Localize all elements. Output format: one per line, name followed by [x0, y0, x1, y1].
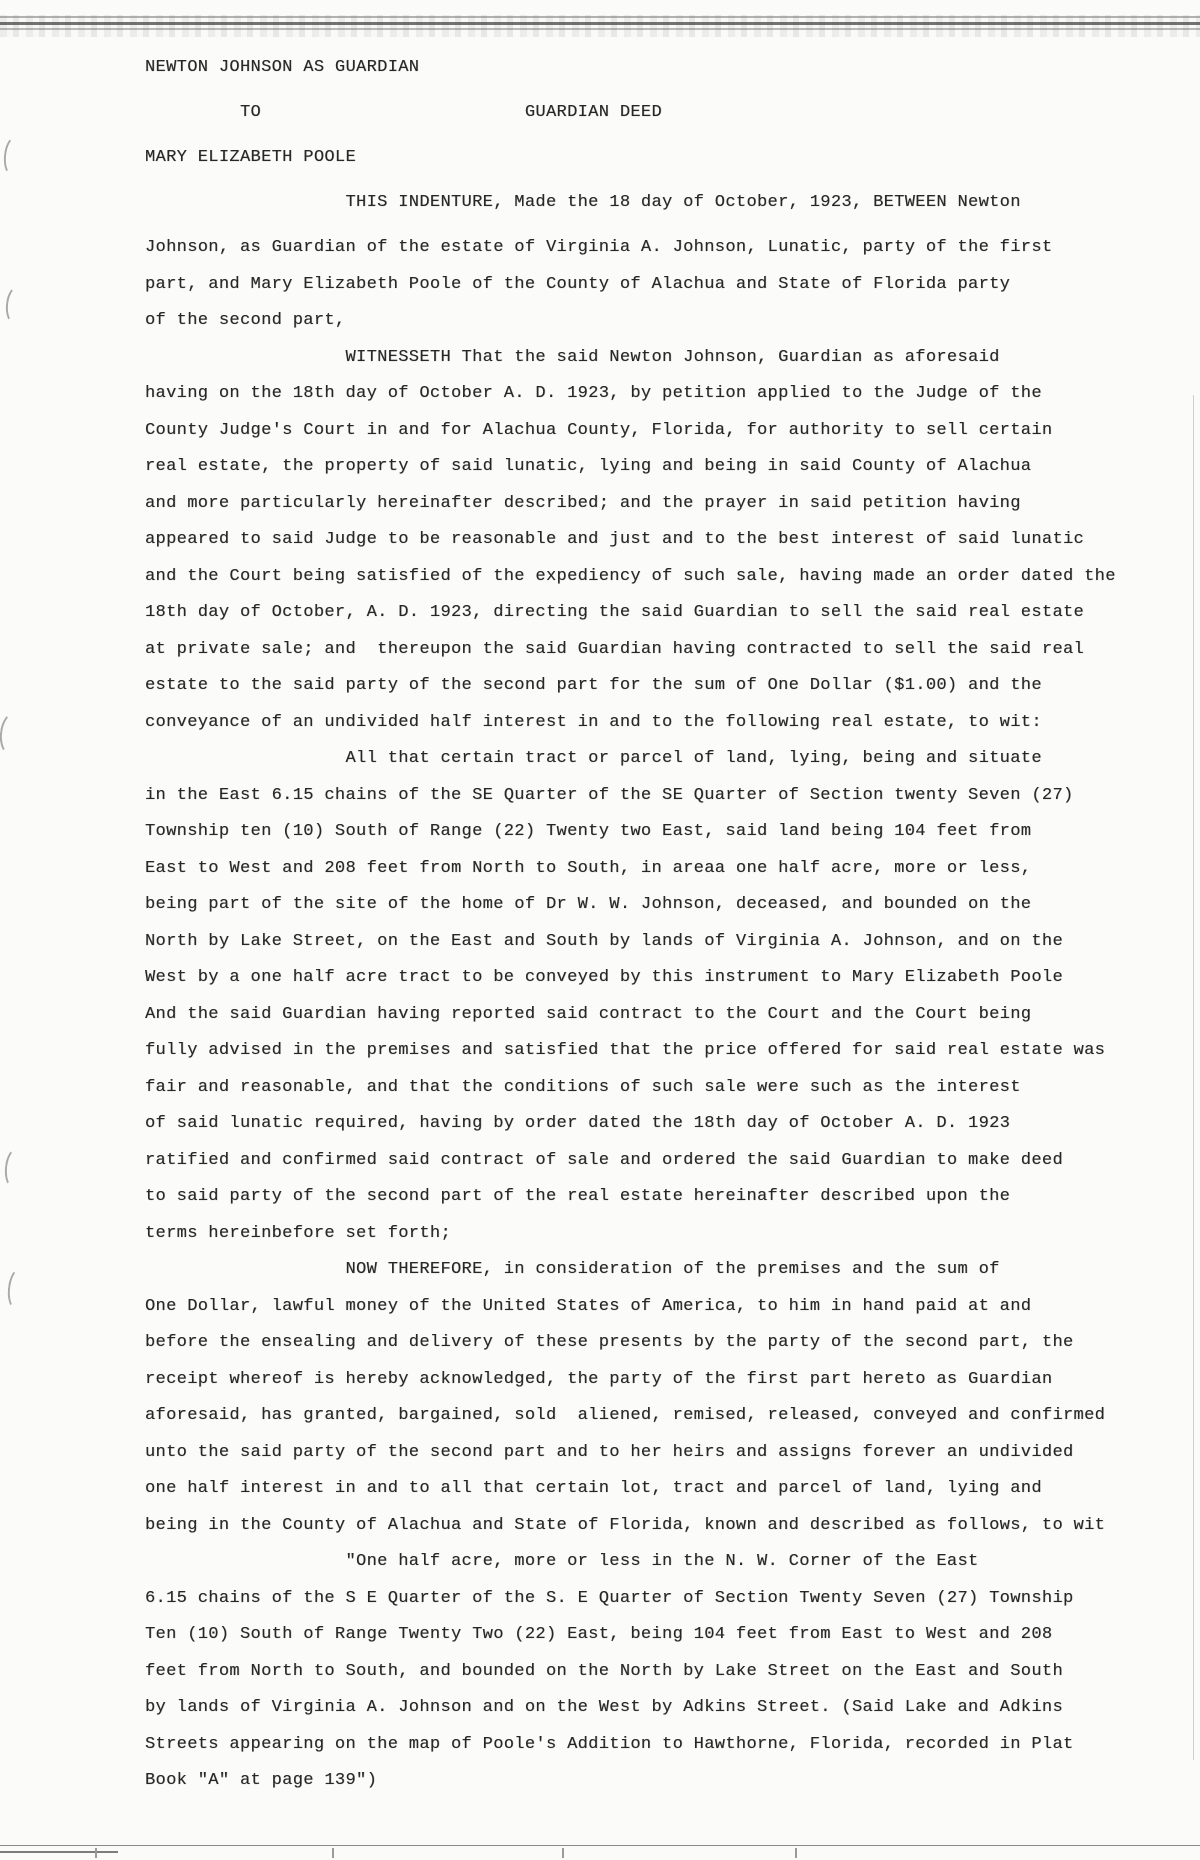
top-scan-artifact — [0, 13, 1200, 39]
document-line: Ten (10) South of Range Twenty Two (22) … — [145, 1617, 1116, 1654]
document-line: Johnson, as Guardian of the estate of Vi… — [145, 230, 1116, 267]
document-line: before the ensealing and delivery of the… — [145, 1325, 1116, 1362]
document-line: being part of the site of the home of Dr… — [145, 887, 1116, 924]
document-line: Streets appearing on the map of Poole's … — [145, 1727, 1116, 1764]
bottom-edge-tick — [332, 1848, 334, 1858]
document-line: estate to the said party of the second p… — [145, 668, 1116, 705]
document-line: unto the said party of the second part a… — [145, 1435, 1116, 1472]
document-line: 18th day of October, A. D. 1923, directi… — [145, 595, 1116, 632]
margin-pen-mark — [4, 285, 28, 325]
document-line: East to West and 208 feet from North to … — [145, 851, 1116, 888]
document-line: And the said Guardian having reported sa… — [145, 997, 1116, 1034]
scan-streak — [0, 22, 1200, 25]
document-line: TO GUARDIAN DEED — [145, 95, 1116, 132]
bottom-edge-tick — [562, 1848, 564, 1858]
bottom-edge-tick — [95, 1848, 97, 1858]
bottom-page-edge-line — [0, 1851, 118, 1853]
margin-pen-mark — [0, 711, 28, 757]
document-line: County Judge's Court in and for Alachua … — [145, 413, 1116, 450]
document-line: conveyance of an undivided half interest… — [145, 705, 1116, 742]
document-line: at private sale; and thereupon the said … — [145, 632, 1116, 669]
document-line: THIS INDENTURE, Made the 18 day of Octob… — [145, 185, 1116, 222]
document-line: of the second part, — [145, 303, 1116, 340]
document-line: being in the County of Alachua and State… — [145, 1508, 1116, 1545]
document-line: Township ten (10) South of Range (22) Tw… — [145, 814, 1116, 851]
document-line: NOW THEREFORE, in consideration of the p… — [145, 1252, 1116, 1289]
document-body: NEWTON JOHNSON AS GUARDIAN TO GUARDIAN D… — [145, 50, 1116, 1800]
document-line: West by a one half acre tract to be conv… — [145, 960, 1116, 997]
margin-pen-mark — [3, 1147, 27, 1189]
document-line: real estate, the property of said lunati… — [145, 449, 1116, 486]
document-line: feet from North to South, and bounded on… — [145, 1654, 1116, 1691]
document-line: to said party of the second part of the … — [145, 1179, 1116, 1216]
document-line: 6.15 chains of the S E Quarter of the S.… — [145, 1581, 1116, 1618]
document-line: Book "A" at page 139") — [145, 1763, 1116, 1800]
document-line: of said lunatic required, having by orde… — [145, 1106, 1116, 1143]
document-line: aforesaid, has granted, bargained, sold … — [145, 1398, 1116, 1435]
document-line: and more particularly hereinafter descri… — [145, 486, 1116, 523]
document-line: fair and reasonable, and that the condit… — [145, 1070, 1116, 1107]
document-line: One Dollar, lawful money of the United S… — [145, 1289, 1116, 1326]
document-line: one half interest in and to all that cer… — [145, 1471, 1116, 1508]
document-line: WITNESSETH That the said Newton Johnson,… — [145, 340, 1116, 377]
document-line: appeared to said Judge to be reasonable … — [145, 522, 1116, 559]
scan-streak — [0, 16, 1200, 18]
document-line: receipt whereof is hereby acknowledged, … — [145, 1362, 1116, 1399]
document-line: in the East 6.15 chains of the SE Quarte… — [145, 778, 1116, 815]
document-line: All that certain tract or parcel of land… — [145, 741, 1116, 778]
document-line: North by Lake Street, on the East and So… — [145, 924, 1116, 961]
scan-noise-band — [0, 15, 1200, 37]
document-line: "One half acre, more or less in the N. W… — [145, 1544, 1116, 1581]
margin-pen-mark — [2, 135, 26, 177]
document-line: part, and Mary Elizabeth Poole of the Co… — [145, 267, 1116, 304]
scanned-deed-page: { "document": { "kind": "typewritten gua… — [0, 0, 1200, 1860]
bottom-edge-tick — [795, 1848, 797, 1858]
right-scan-crease — [1193, 395, 1194, 1760]
document-line: MARY ELIZABETH POOLE — [145, 140, 1116, 177]
document-line: NEWTON JOHNSON AS GUARDIAN — [145, 50, 1116, 87]
margin-pen-mark — [6, 1267, 30, 1311]
document-line: fully advised in the premises and satisf… — [145, 1033, 1116, 1070]
document-line: ratified and confirmed said contract of … — [145, 1143, 1116, 1180]
document-line: having on the 18th day of October A. D. … — [145, 376, 1116, 413]
document-line: and the Court being satisfied of the exp… — [145, 559, 1116, 596]
bottom-page-edge-line — [0, 1845, 1200, 1846]
document-line: by lands of Virginia A. Johnson and on t… — [145, 1690, 1116, 1727]
document-line: terms hereinbefore set forth; — [145, 1216, 1116, 1253]
scan-streak — [0, 28, 1200, 30]
